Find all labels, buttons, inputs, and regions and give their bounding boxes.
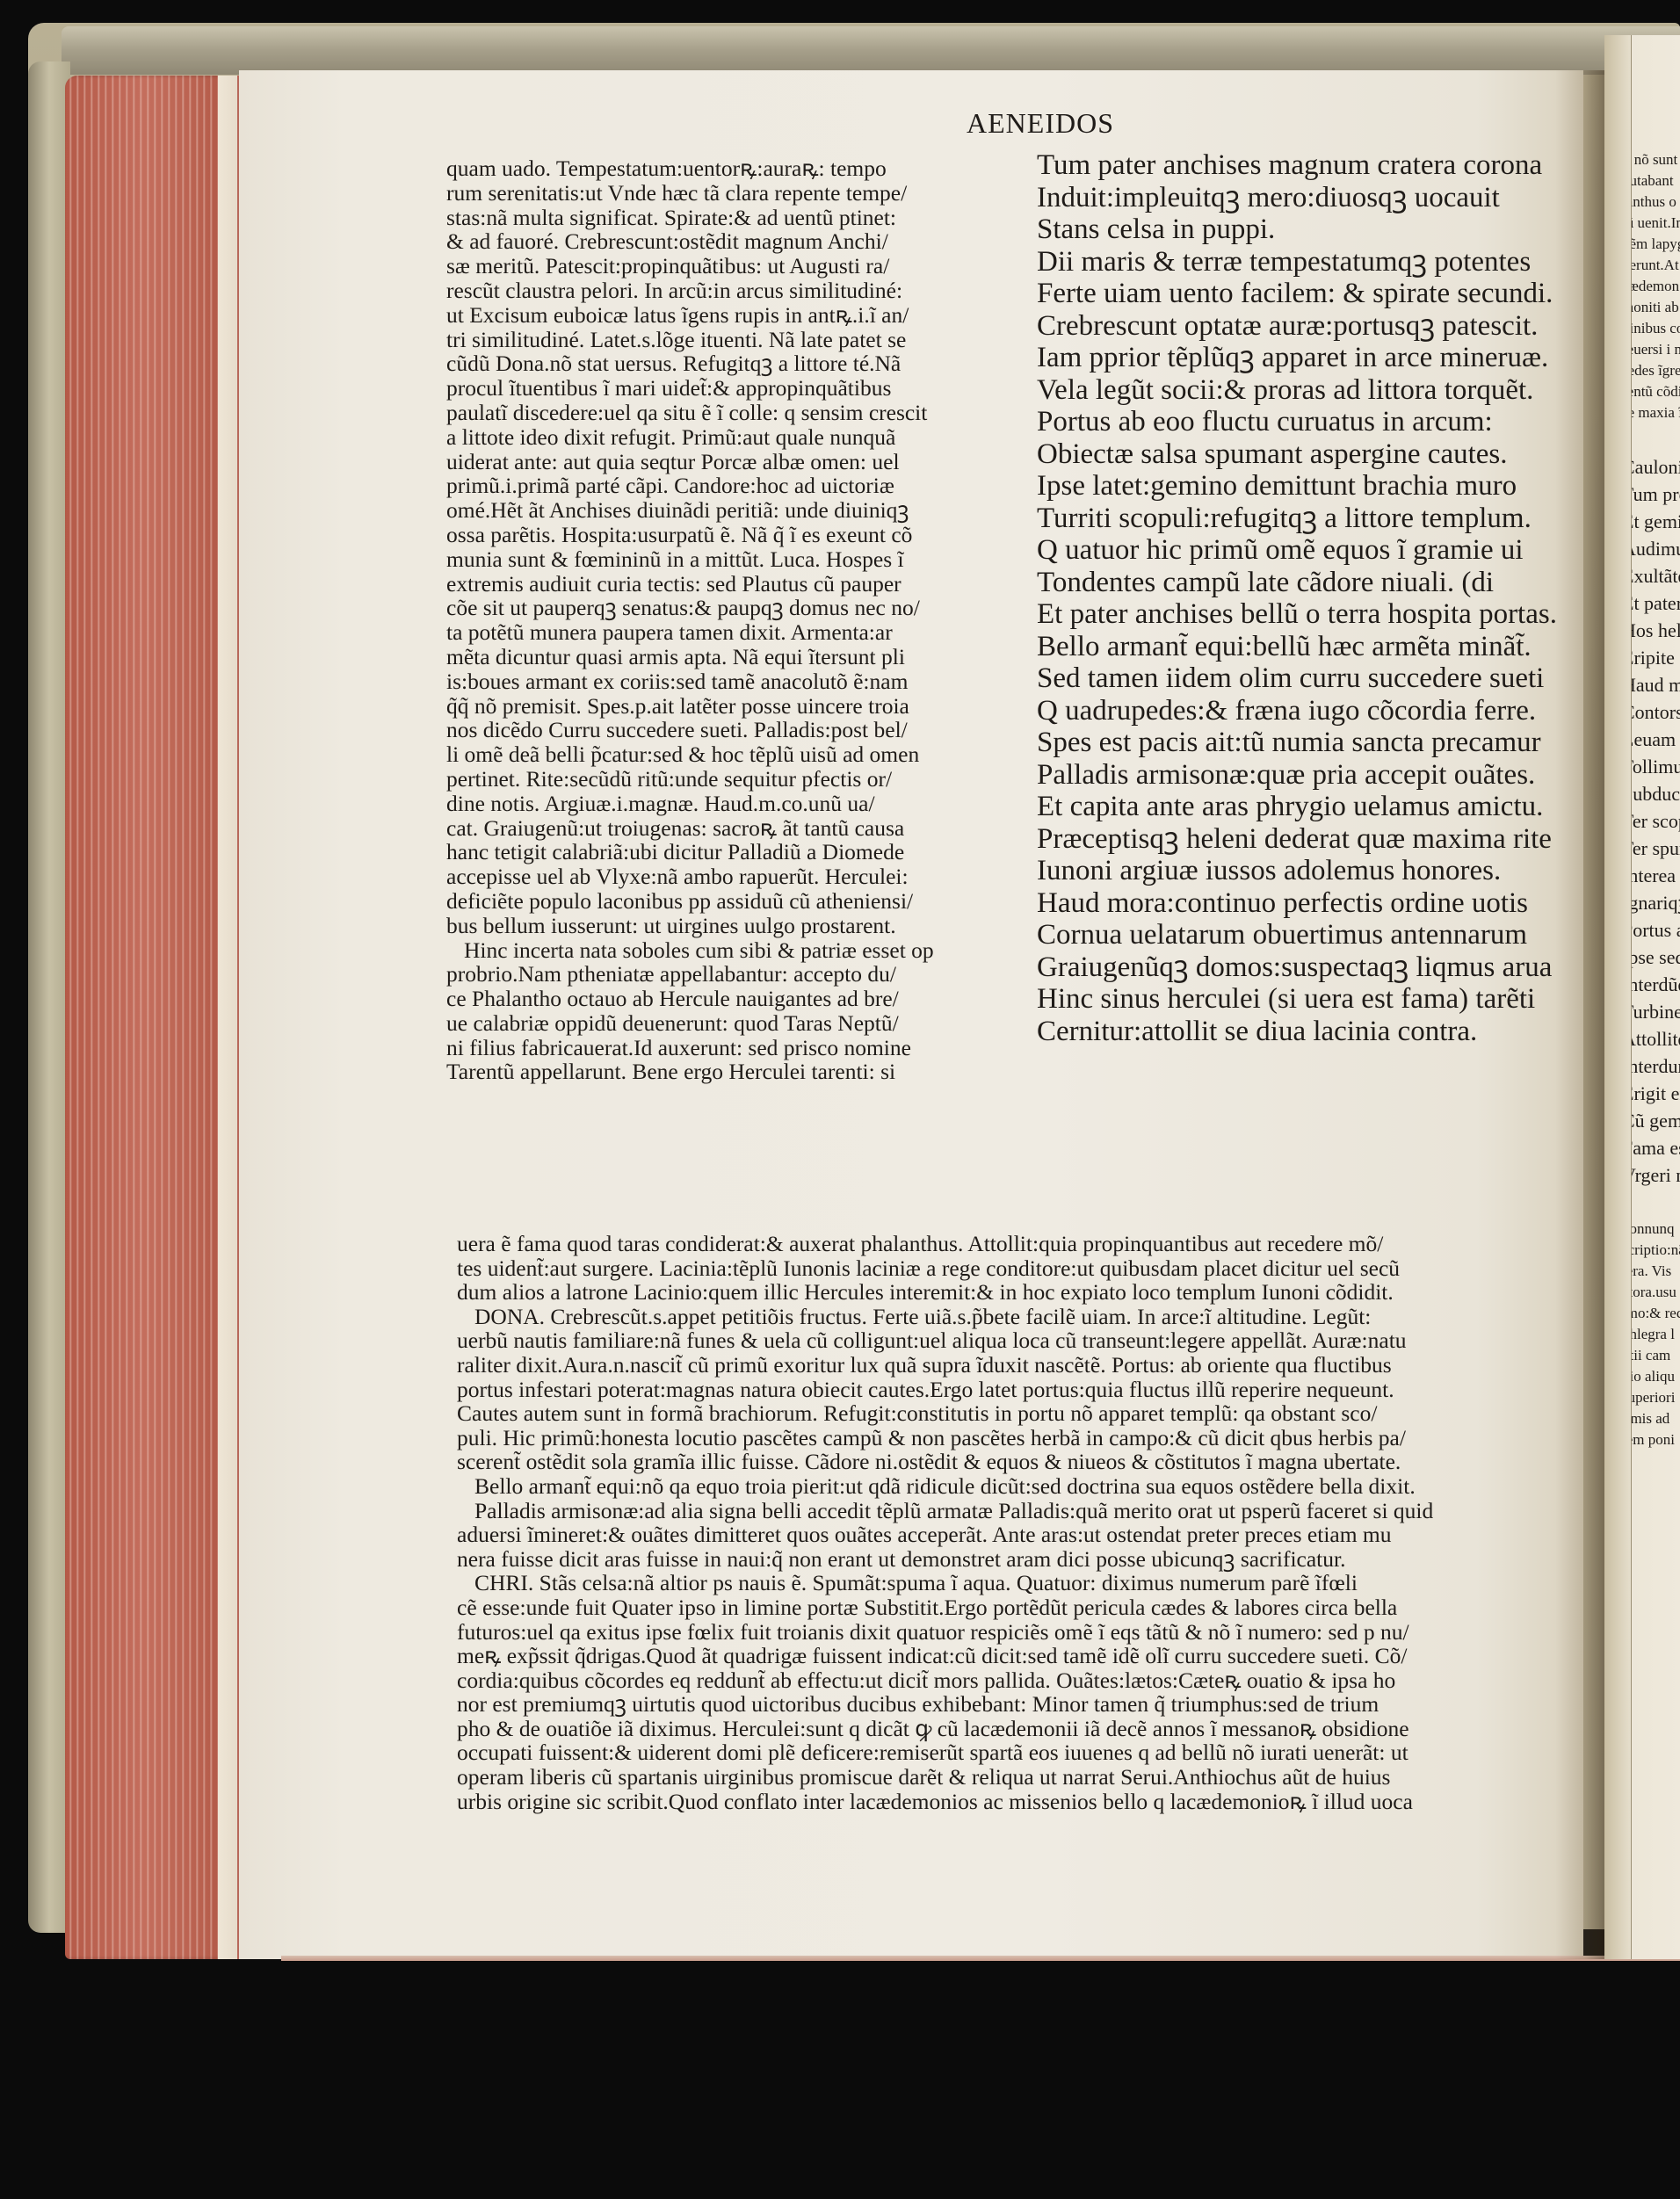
commentary-line: rum serenitatis:ut Vnde hæc tã clara rep… — [446, 181, 1017, 206]
verse-line: Et pater anchises bellũ o terra hospita … — [1037, 598, 1590, 631]
commentary-line: extremis audiuit curia tectis: sed Plaut… — [446, 572, 1017, 597]
verse-line: Et capita ante aras phrygio uelamus amic… — [1037, 791, 1590, 823]
commentary-line: ni filius fabricauerat.Id auxerunt: sed … — [446, 1036, 1017, 1060]
commentary-line: urbis origine sic scribit.Quod conflato … — [457, 1790, 1590, 1814]
verse-line: Spes est pacis ait:tũ numia sancta preca… — [1037, 727, 1590, 759]
commentary-line: raliter dixit.Aura.n.nascit̃ cũ primũ ex… — [457, 1353, 1590, 1378]
verse-line: Turriti scopuli:refugitqꝫ a littore temp… — [1037, 503, 1590, 535]
verse-line: Dii maris & terræ tempestatumqꝫ potentes — [1037, 246, 1590, 278]
commentary-line: hanc tetigit calabriã:ubi dicitur Pallad… — [446, 840, 1017, 864]
commentary-line: uera ẽ fama quod taras condiderat:& auxe… — [457, 1232, 1590, 1256]
commentary-line: nor est premiumqꝫ uirtutis quod uictorib… — [457, 1692, 1590, 1717]
commentary-line: cẽ esse:unde fuit Quater ipso in limine … — [457, 1595, 1590, 1620]
commentary-line: aduersi ĩmineret:& ouãtes dimitteret quo… — [457, 1523, 1590, 1547]
verse-line: Ipse latet:gemino demittunt brachia muro — [1037, 470, 1590, 503]
verse-line: Cernitur:attollit se diua lacinia contra… — [1037, 1016, 1590, 1048]
commentary-line: li omẽ deã belli p̃catur:sed & hoc tẽplũ… — [446, 742, 1017, 767]
commentary-line: a littote ideo dixit refugit. Primũ:aut … — [446, 425, 1017, 450]
commentary-line: occupati fuissent:& uiderent domi plẽ de… — [457, 1740, 1590, 1765]
verse-line: Stans celsa in puppi. — [1037, 213, 1590, 246]
commentary-line: sæ meritũ. Patescit:propinquãtibus: ut A… — [446, 254, 1017, 278]
commentary-line: Bello armant̃ equi:nõ qa equo troia pier… — [457, 1474, 1590, 1499]
verse-line: Iam pprior tẽplũqꝫ apparet in arce miner… — [1037, 342, 1590, 374]
commentary-line: dum alios a latrone Lacinio:quem illic H… — [457, 1280, 1590, 1305]
verse-line: Sed tamen iidem olim curru succedere sue… — [1037, 662, 1590, 695]
commentary-line: ut Excisum euboicæ latus ĩgens rupis in … — [446, 303, 1017, 328]
verse-line: Palladis armisonæ:quæ pria accepit ouãte… — [1037, 759, 1590, 792]
commentary-line: futuros:uel qa exitus ipse fœlix fuit tr… — [457, 1620, 1590, 1645]
commentary-line: Hinc incerta nata soboles cum sibi & pat… — [446, 938, 1017, 963]
verse-line: Tum pater anchises magnum cratera corona — [1037, 149, 1590, 182]
binding-top-edge — [62, 26, 1680, 75]
commentary-line: bus bellum iusserunt: ut uirgines uulgo … — [446, 914, 1017, 938]
commentary-line: tes uident̃:aut surgere. Lacinia:tẽplũ I… — [457, 1256, 1590, 1281]
page-bottom-edge — [281, 1956, 1680, 1961]
commentary-line: paulatĩ discedere:uel qa situ ẽ ĩ colle:… — [446, 401, 1017, 425]
commentary-line: Palladis armisonæ:ad alia signa belli ac… — [457, 1499, 1590, 1523]
commentary-line: DONA. Crebrescũt.s.appet petitiõis fruct… — [457, 1305, 1590, 1329]
commentary-line: cũdũ Dona.nõ stat uersus. Refugitqꝫ a li… — [446, 351, 1017, 376]
verse-line: Induit:impleuitqꝫ mero:diuosqꝫ uocauit — [1037, 182, 1590, 214]
red-stained-fore-edge — [65, 76, 241, 1959]
commentary-line: nera fuisse dicit aras fuisse in naui:q̃… — [457, 1547, 1590, 1572]
verse-line: Q uadrupedes:& fræna iugo cõcordia ferre… — [1037, 695, 1590, 727]
verse-right-column: Tum pater anchises magnum cratera corona… — [1037, 149, 1590, 1047]
commentary-line: quam uado. Tempestatum:uentorꝶ:auraꝶ: te… — [446, 156, 1017, 181]
verse-line: Tondentes campũ late cãdore niuali. (di — [1037, 567, 1590, 599]
commentary-full-width: uera ẽ fama quod taras condiderat:& auxe… — [457, 1232, 1590, 1813]
commentary-line: is:boues armant ex coriis:sed tamẽ anaco… — [446, 669, 1017, 694]
commentary-line: procul ĩtuentibus ĩ mari uidet̃:& approp… — [446, 376, 1017, 401]
commentary-line: primũ.i.primã parté cãpi. Candore:hoc ad… — [446, 474, 1017, 498]
commentary-line: probrio.Nam ptheniatæ appellabantur: acc… — [446, 962, 1017, 987]
commentary-line: cõe sit ut pauperqꝫ senatus:& paupqꝫ dom… — [446, 596, 1017, 620]
commentary-line: CHRI. Stãs celsa:nã altior ps nauis ẽ. S… — [457, 1571, 1590, 1595]
commentary-line: pho & de ouatiõe iã diximus. Herculei:su… — [457, 1717, 1590, 1741]
commentary-line: portus infestari poterat:magnas natura o… — [457, 1378, 1590, 1402]
verse-line: Vela legũt socii:& proras ad littora tor… — [1037, 374, 1590, 407]
commentary-line: tri similitudiné. Latet.s.lõge ituenti. … — [446, 328, 1017, 352]
commentary-line: stas:nã multa significat. Spirate:& ad u… — [446, 206, 1017, 230]
page-edge-strip — [218, 76, 239, 1959]
verse-line: Q uatuor hic primũ omẽ equos ĩ gramie ui — [1037, 534, 1590, 567]
facing-page-edge — [1604, 35, 1632, 1959]
gutter-shadow — [1555, 70, 1608, 1959]
commentary-line: accepisse uel ab Vlyxe:nã ambo rapuerũt.… — [446, 864, 1017, 889]
verse-line: Crebrescunt optatæ auræ:portusqꝫ patesci… — [1037, 310, 1590, 343]
verse-line: Ferte uiam uento facilem: & spirate secu… — [1037, 278, 1590, 310]
commentary-line: Cautes autem sunt in formã brachiorum. R… — [457, 1401, 1590, 1426]
commentary-line: dine notis. Argiuæ.i.magnæ. Haud.m.co.un… — [446, 792, 1017, 816]
commentary-line: meꝶ exp̃ssit q̃drigas.Quod ãt quadrigæ f… — [457, 1644, 1590, 1668]
verse-line: Portus ab eoo fluctu curuatus in arcum: — [1037, 406, 1590, 438]
commentary-line: & ad fauoré. Crebrescunt:ostẽdit magnum … — [446, 229, 1017, 254]
verse-line: Graiugenũqꝫ domos:suspectaqꝫ liqmus arua — [1037, 951, 1590, 984]
commentary-line: ossa parẽtis. Hospita:usurpatũ ẽ. Nã q̃ … — [446, 523, 1017, 547]
commentary-line: operam liberis cũ spartanis uirginibus p… — [457, 1765, 1590, 1790]
commentary-line: Tarentũ appellarunt. Bene ergo Herculei … — [446, 1060, 1017, 1084]
verse-line: Præceptisqꝫ heleni dederat quæ maxima ri… — [1037, 823, 1590, 856]
commentary-line: nos dicẽdo Curru succedere sueti. Pallad… — [446, 718, 1017, 742]
commentary-line: ue calabriæ oppidũ deuenerunt: quod Tara… — [446, 1011, 1017, 1036]
commentary-line: omé.Hẽt ãt Anchises diuinãdi peritiã: un… — [446, 498, 1017, 523]
commentary-left-column: quam uado. Tempestatum:uentorꝶ:auraꝶ: te… — [446, 156, 1017, 1084]
verse-line: Obiectæ salsa spumant aspergine cautes. — [1037, 438, 1590, 471]
commentary-line: pertinet. Rite:secũdũ ritũ:unde sequitur… — [446, 767, 1017, 792]
commentary-line: puli. Hic primũ:honesta locutio pascẽtes… — [457, 1426, 1590, 1450]
verse-line: Bello armant̃ equi:bellũ hæc armẽta minã… — [1037, 631, 1590, 663]
commentary-line: deficiẽte populo laconibus pp assiduũ cũ… — [446, 889, 1017, 914]
commentary-line: ce Phalantho octauo ab Hercule nauigante… — [446, 987, 1017, 1011]
commentary-line: mẽta dicuntur quasi armis apta. Nã equi … — [446, 645, 1017, 669]
verse-line: Haud mora:continuo perfectis ordine uoti… — [1037, 887, 1590, 920]
commentary-line: q̃q̃ nõ premisit. Spes.p.ait latẽter pos… — [446, 694, 1017, 719]
commentary-line: cordia:quibus cõcordes eq reddunt̃ ab ef… — [457, 1668, 1590, 1693]
commentary-line: rescũt claustra pelori. In arcũ:in arcus… — [446, 278, 1017, 303]
commentary-line: ta potẽtũ munera paupera tamen dixit. Ar… — [446, 620, 1017, 645]
commentary-line: munia sunt & fœmininũ in a mittũt. Luca.… — [446, 547, 1017, 572]
binding-spine-edge — [28, 61, 70, 1933]
commentary-line: uiderat ante: aut quia seqtur Porcæ albæ… — [446, 450, 1017, 474]
commentary-line: cat. Graiugenũ:ut troiugenas: sacroꝶ ãt … — [446, 816, 1017, 841]
commentary-line: scerent̃ ostẽdit sola gramĩa illic fuiss… — [457, 1450, 1590, 1474]
running-head: AENEIDOS — [967, 107, 1114, 140]
commentary-line: uerbũ nautis familiare:nã funes & uela c… — [457, 1328, 1590, 1353]
verse-line: Hinc sinus herculei (si uera est fama) t… — [1037, 983, 1590, 1016]
verse-line: Iunoni argiuæ iussos adolemus honores. — [1037, 855, 1590, 887]
verse-line: Cornua uelatarum obuertimus antennarum — [1037, 919, 1590, 951]
